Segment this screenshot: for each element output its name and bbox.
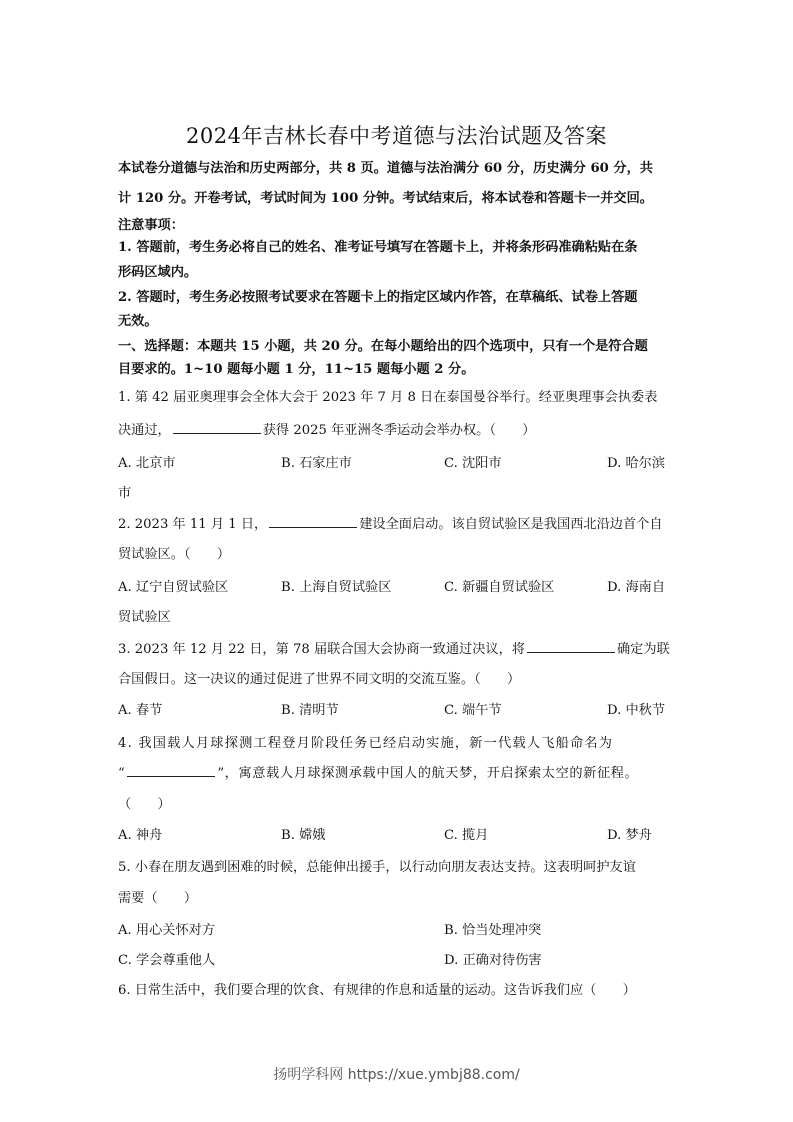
option-b: B. 嫦娥: [281, 824, 325, 843]
option-b: B. 上海自贸试验区: [281, 576, 391, 595]
option-c: C. 沈阳市: [444, 452, 502, 471]
question-2-line2: 贸试验区。（ ）: [118, 543, 678, 562]
section-heading: 一、选择题：本题共 15 小题，共 20 分。在每小题给出的四个选项中，只有一个…: [118, 335, 678, 354]
note-2: 2. 答题时，考生务必按照考试要求在答题卡上的指定区域内作答，在草稿纸、试卷上答…: [118, 286, 678, 305]
intro-line: 计 120 分。开卷考试，考试时间为 100 分钟。考试结束后，将本试卷和答题卡…: [118, 187, 678, 206]
notes-heading: 注意事项：: [118, 214, 678, 233]
question-1-line1: 1. 第 42 届亚奥理事会全体大会于 2023 年 7 月 8 日在泰国曼谷举…: [118, 386, 678, 405]
option-c: C. 新疆自贸试验区: [444, 576, 554, 595]
intro-line: 本试卷分道德与法治和历史两部分，共 8 页。道德与法治满分 60 分，历史满分 …: [118, 157, 678, 176]
footer-watermark: 扬明学科网 https://xue.ymbj88.com/: [0, 1064, 793, 1084]
question-2-text-pre: 2. 2023 年 11 月 1 日，: [118, 517, 267, 532]
option-a: A. 神舟: [118, 824, 162, 843]
option-d: D. 正确对待伤害: [444, 949, 542, 968]
question-3-text-post: 确定为联: [617, 642, 670, 657]
question-1-line2: 决通过，获得 2025 年亚洲冬季运动会举办权。（ ）: [118, 419, 678, 438]
option-a: A. 用心关怀对方: [118, 919, 215, 938]
question-4-line3: （ ）: [118, 793, 678, 812]
option-d-wrap: 贸试验区: [118, 606, 171, 625]
option-a: A. 辽宁自贸试验区: [118, 576, 228, 595]
question-3-line2: 合国假日。这一决议的通过促进了世界不同文明的交流互鉴。（ ）: [118, 668, 678, 687]
option-c: C. 揽月: [444, 824, 488, 843]
option-d: D. 哈尔滨: [607, 452, 665, 471]
answer-blank: [173, 421, 261, 434]
option-d: D. 中秋节: [607, 699, 665, 718]
question-1-text-pre: 决通过，: [118, 423, 171, 438]
option-d-wrap: 市: [118, 482, 131, 501]
note-2-cont: 无效。: [118, 310, 678, 329]
option-b: B. 清明节: [281, 699, 339, 718]
question-3-text-pre: 3. 2023 年 12 月 22 日，第 78 届联合国大会协商一致通过决议，…: [118, 642, 525, 657]
question-4-line1: 4. 我国载人月球探测工程登月阶段任务已经启动实施，新一代载人飞船命名为: [118, 732, 678, 751]
section-heading-cont: 目要求的。1~10 题每小题 1 分，11~15 题每小题 2 分。: [118, 358, 678, 377]
exam-page: 2024年吉林长春中考道德与法治试题及答案 本试卷分道德与法治和历史两部分，共 …: [0, 0, 793, 1122]
option-a: A. 北京市: [118, 452, 175, 471]
option-d: D. 梦舟: [607, 824, 652, 843]
note-1-cont: 形码区域内。: [118, 261, 678, 280]
answer-blank: [527, 640, 615, 653]
option-c: C. 端午节: [444, 699, 502, 718]
note-1: 1. 答题前，考生务必将自己的姓名、准考证号填写在答题卡上，并将条形码准确粘贴在…: [118, 236, 678, 255]
question-1-text-post: 获得 2025 年亚洲冬季运动会举办权。（ ）: [263, 423, 536, 438]
question-2-text-post: 建设全面启动。该自贸试验区是我国西北沿边首个自: [359, 517, 662, 532]
answer-blank: [127, 764, 215, 777]
question-2-line1: 2. 2023 年 11 月 1 日，建设全面启动。该自贸试验区是我国西北沿边首…: [118, 513, 678, 532]
option-c: C. 学会尊重他人: [118, 949, 215, 968]
option-b: B. 恰当处理冲突: [444, 919, 541, 938]
option-d: D. 海南自: [607, 576, 665, 595]
question-3-line1: 3. 2023 年 12 月 22 日，第 78 届联合国大会协商一致通过决议，…: [118, 638, 678, 657]
answer-blank: [269, 515, 357, 528]
question-4-line2: “”，寓意载人月球探测承载中国人的航天梦，开启探索太空的新征程。: [118, 762, 678, 781]
question-5-line2: 需要（ ）: [118, 887, 678, 906]
option-b: B. 石家庄市: [281, 452, 352, 471]
option-a: A. 春节: [118, 699, 162, 718]
question-5-line1: 5. 小春在朋友遇到困难的时候，总能伸出援手，以行动向朋友表达支持。这表明呵护友…: [118, 856, 678, 875]
question-4-text-post: ”，寓意载人月球探测承载中国人的航天梦，开启探索太空的新征程。: [217, 766, 638, 781]
question-4-text-pre: “: [118, 766, 125, 781]
question-6-line1: 6. 日常生活中，我们要合理的饮食、有规律的作息和适量的运动。这告诉我们应（ ）: [118, 979, 678, 998]
page-title: 2024年吉林长春中考道德与法治试题及答案: [0, 120, 793, 150]
